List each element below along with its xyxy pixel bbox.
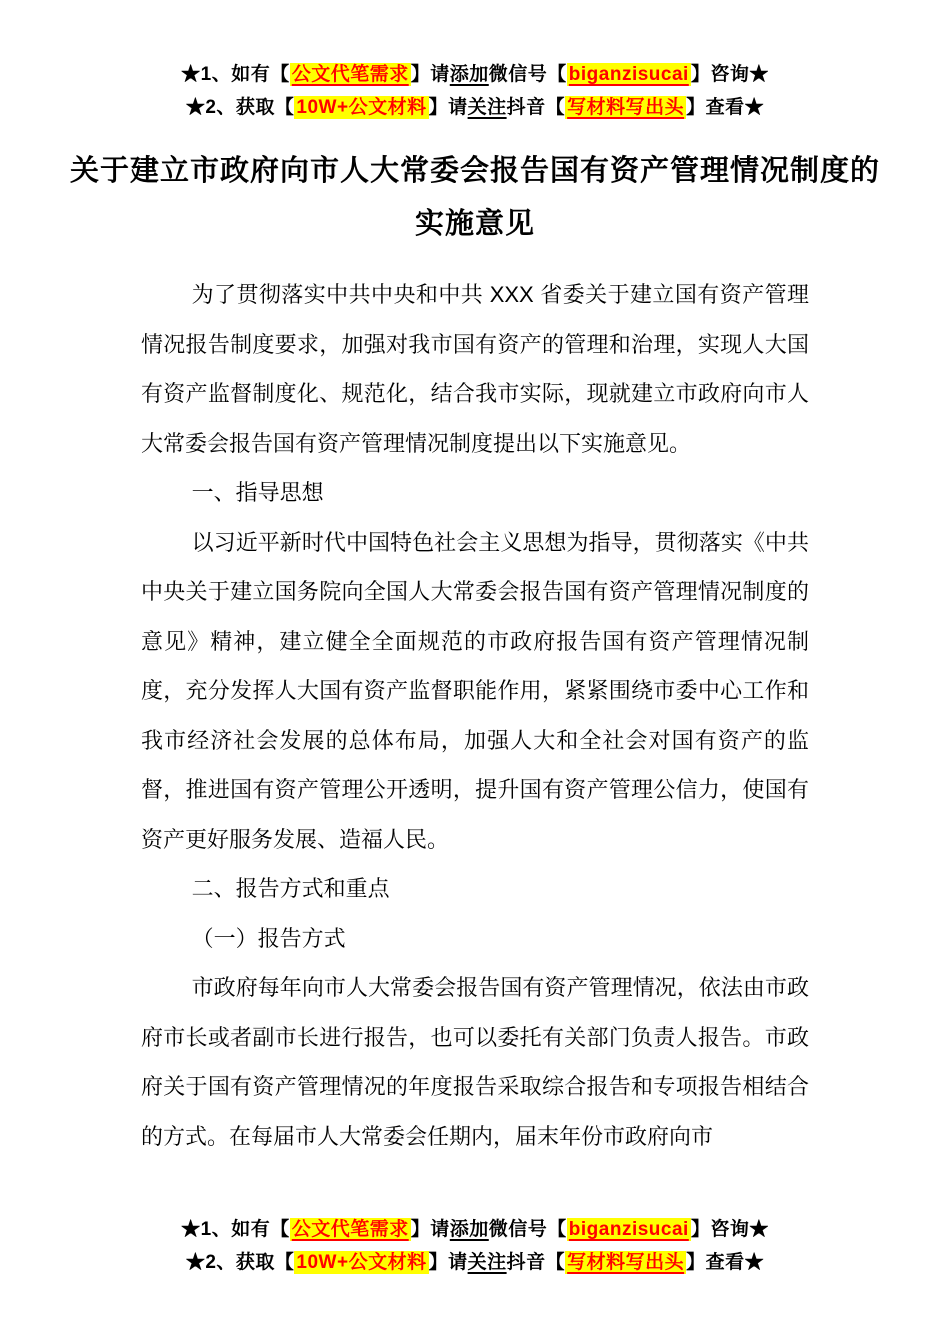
promo-header: ★1、如有【公文代笔需求】请添加微信号【biganzisucai】咨询★★2、获… (0, 58, 950, 124)
promo-highlight-segment: 10W+公文材料 (294, 1251, 428, 1274)
promo-text-segment: 微信号【 (489, 1219, 567, 1240)
promo-text-segment: ★1、如有【 (181, 1219, 290, 1240)
promo-highlight-underlined-segment: biganzisucai (567, 1218, 691, 1241)
promo-underlined-segment: 关注 (468, 1252, 507, 1273)
promo-line-2: ★2、获取【10W+公文材料】请关注抖音【写材料写出头】查看★ (0, 91, 950, 124)
body-paragraph: 以习近平新时代中国特色社会主义思想为指导，贯彻落实《中共中央关于建立国务院向全国… (141, 518, 809, 865)
promo-text-segment: 微信号【 (489, 64, 567, 85)
promo-text-segment: 】请 (411, 1219, 450, 1240)
promo-line-1: ★1、如有【公文代笔需求】请添加微信号【biganzisucai】咨询★ (0, 58, 950, 91)
promo-text-segment: 】查看★ (686, 97, 764, 118)
promo-text-segment: 】请 (411, 64, 450, 85)
promo-line-1: ★1、如有【公文代笔需求】请添加微信号【biganzisucai】咨询★ (0, 1213, 950, 1246)
promo-text-segment: 抖音【 (507, 1252, 566, 1273)
section-heading: 一、指导思想 (141, 468, 809, 518)
promo-highlight-underlined-segment: 写材料写出头 (565, 96, 686, 119)
promo-text-segment: 】查看★ (686, 1252, 764, 1273)
promo-text-segment: ★2、获取【 (186, 1252, 295, 1273)
promo-text-segment: 】请 (429, 97, 468, 118)
promo-highlight-underlined-segment: 写材料写出头 (565, 1251, 686, 1274)
promo-underlined-segment: 添加 (450, 1219, 489, 1240)
promo-text-segment: 】咨询★ (691, 1219, 769, 1240)
promo-text-segment: 】咨询★ (691, 64, 769, 85)
body-paragraph: 市政府每年向市人大常委会报告国有资产管理情况，依法由市政府市长或者副市长进行报告… (141, 963, 809, 1161)
promo-line-2: ★2、获取【10W+公文材料】请关注抖音【写材料写出头】查看★ (0, 1246, 950, 1279)
sub-section-heading: （一）报告方式 (141, 914, 809, 964)
promo-text-segment: 】请 (429, 1252, 468, 1273)
document-title: 关于建立市政府向市人大常委会报告国有资产管理情况制度的实施意见 (70, 145, 880, 251)
body-paragraph: 为了贯彻落实中共中央和中共 XXX 省委关于建立国有资产管理情况报告制度要求，加… (141, 270, 809, 468)
promo-highlight-underlined-segment: 公文代笔需求 (290, 1218, 411, 1241)
promo-text-segment: ★2、获取【 (186, 97, 295, 118)
document-body: 为了贯彻落实中共中央和中共 XXX 省委关于建立国有资产管理情况报告制度要求，加… (141, 270, 809, 1161)
promo-text-segment: 抖音【 (507, 97, 566, 118)
promo-text-segment: ★1、如有【 (181, 64, 290, 85)
section-heading: 二、报告方式和重点 (141, 864, 809, 914)
promo-highlight-underlined-segment: 公文代笔需求 (290, 63, 411, 86)
document-page: ★1、如有【公文代笔需求】请添加微信号【biganzisucai】咨询★★2、获… (0, 0, 950, 1344)
promo-footer: ★1、如有【公文代笔需求】请添加微信号【biganzisucai】咨询★★2、获… (0, 1213, 950, 1279)
promo-highlight-segment: 10W+公文材料 (294, 96, 428, 119)
promo-underlined-segment: 关注 (468, 97, 507, 118)
promo-highlight-underlined-segment: biganzisucai (567, 63, 691, 86)
promo-underlined-segment: 添加 (450, 64, 489, 85)
